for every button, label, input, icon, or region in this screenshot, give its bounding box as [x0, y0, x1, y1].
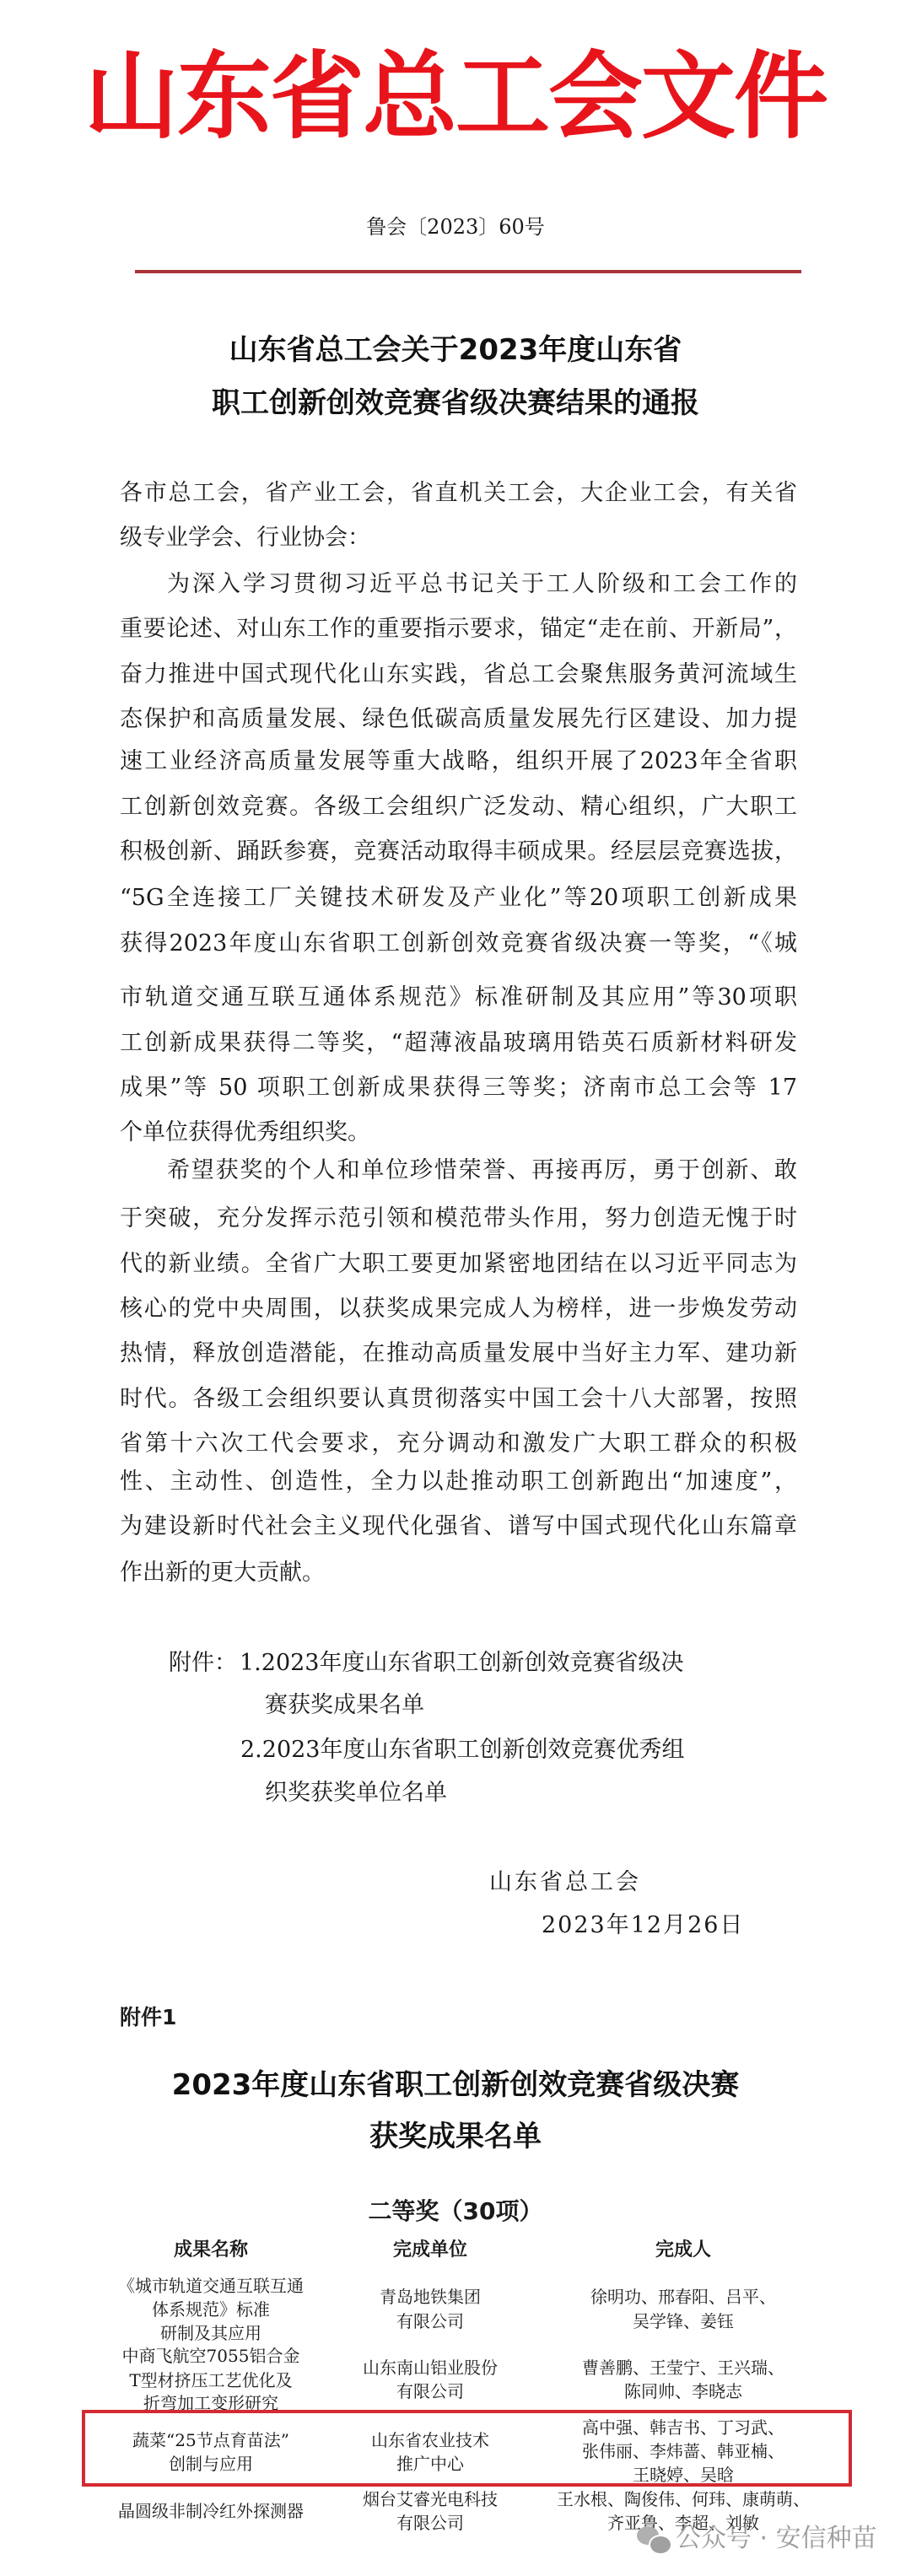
paragraph-line: 工创新成果获得二等奖，“超薄液晶玻璃用锆英石质新材料研发: [120, 1029, 797, 1058]
document-red-header: 山东省总工会文件: [0, 34, 911, 160]
attachment-item-2-cont: 织奖获奖单位名单: [265, 1779, 447, 1808]
cell-name: 中商飞航空7055铝合金: [101, 2344, 321, 2368]
cell-unit: 烟台艾睿光电科技: [342, 2487, 519, 2511]
cell-people: 曹善鹏、王莹宁、王兴瑞、: [540, 2356, 827, 2379]
paragraph-line: 省第十六次工代会要求，充分调动和激发广大职工群众的积极: [120, 1430, 797, 1458]
wechat-icon: [637, 2525, 671, 2553]
cell-name: 《城市轨道交通互联互通: [101, 2274, 321, 2298]
paragraph-line: 希望获奖的个人和单位珍惜荣誉、再接再厉，勇于创新、敢: [167, 1156, 797, 1185]
paragraph-line: 速工业经济高质量发展等重大战略，组织开展了2023年全省职: [120, 747, 797, 776]
paragraph-line: 于突破，充分发挥示范引领和模范带头作用，努力创造无愧于时: [120, 1204, 797, 1233]
annex-label: 附件1: [120, 2004, 176, 2031]
paragraph-line: 市轨道交通互联互通体系规范》标准研制及其应用”等30项职: [120, 984, 797, 1012]
column-header-name: 成果名称: [101, 2239, 321, 2262]
paragraph-line: 成果”等 50 项职工创新成果获得三等奖；济南市总工会等 17: [120, 1074, 797, 1102]
paragraph-line: 代的新业绩。全省广大职工要更加紧密地团结在以习近平同志为: [120, 1250, 797, 1279]
paragraph-line: 态保护和高质量发展、绿色低碳高质量发展先行区建设、加力提: [120, 705, 797, 734]
cell-people: 王水根、陶俊伟、何玮、康萌萌、: [540, 2487, 827, 2511]
signature-organization: 山东省总工会: [489, 1868, 641, 1897]
cell-people: 徐明功、邢春阳、吕平、: [540, 2285, 827, 2309]
signature-date: 2023年12月26日: [542, 1911, 744, 1940]
cell-name: 晶圆级非制冷红外探测器: [101, 2499, 321, 2523]
attachment-item-1: 1.2023年度山东省职工创新创效竞赛省级决: [240, 1649, 683, 1678]
red-divider-rule: [135, 270, 801, 273]
cell-unit: 有限公司: [342, 2511, 519, 2535]
annex-title-line-1: 2023年度山东省职工创新创效竞赛省级决赛: [0, 2067, 911, 2104]
watermark-text: 公众号 · 安信种苗: [676, 2520, 877, 2557]
red-highlight-box: [82, 2410, 852, 2487]
paragraph-line: 为深入学习贯彻习近平总书记关于工人阶级和工会工作的: [167, 570, 797, 599]
cell-unit: 青岛地铁集团: [342, 2285, 519, 2309]
cell-unit: 有限公司: [342, 2309, 519, 2333]
cell-people: 陈同帅、李晓志: [540, 2379, 827, 2403]
attachments-label: 附件：: [169, 1649, 237, 1678]
paragraph-line: 个单位获得优秀组织奖。: [120, 1118, 797, 1147]
paragraph-line: 为建设新时代社会主义现代化强省、谱写中国式现代化山东篇章: [120, 1512, 797, 1541]
paragraph-line: 性、主动性、创造性，全力以赴推动职工创新跑出“加速度”，: [120, 1468, 797, 1496]
addressee-line: 各市总工会，省产业工会，省直机关工会，大企业工会，有关省: [120, 479, 797, 508]
cell-name: 体系规范》标准: [101, 2298, 321, 2321]
paragraph-line: 时代。各级工会组织要认真贯彻落实中国工会十八大部署，按照: [120, 1385, 797, 1414]
document-number: 鲁会〔2023〕60号: [0, 214, 911, 240]
notice-title-line-2: 职工创新创效竞赛省级决赛结果的通报: [0, 385, 911, 422]
paragraph-line: 作出新的更大贡献。: [120, 1559, 797, 1587]
watermark: 公众号 · 安信种苗: [637, 2520, 877, 2557]
annex-title-line-2: 获奖成果名单: [0, 2118, 911, 2155]
paragraph-line: 重要论述、对山东工作的重要指示要求，锚定“走在前、开新局”，: [120, 615, 797, 644]
addressee-line: 级专业学会、行业协会：: [120, 524, 797, 552]
cell-people: 吴学锋、姜钰: [540, 2309, 827, 2333]
attachment-item-1-cont: 赛获奖成果名单: [265, 1691, 424, 1720]
cell-name: 研制及其应用: [101, 2321, 321, 2345]
paragraph-line: 核心的党中央周围，以获奖成果完成人为榜样，进一步焕发劳动: [120, 1295, 797, 1323]
notice-title-line-1: 山东省总工会关于2023年度山东省: [0, 331, 911, 369]
cell-unit: 山东南山铝业股份: [342, 2356, 519, 2379]
paragraph-line: 工创新创效竞赛。各级工会组织广泛发动、精心组织，广大职工: [120, 793, 797, 822]
paragraph-line: 获得2023年度山东省职工创新创效竞赛省级决赛一等奖，“《城: [120, 930, 797, 958]
column-header-unit: 完成单位: [342, 2239, 519, 2262]
paragraph-line: 热情，释放创造潜能，在推动高质量发展中当好主力军、建功新: [120, 1339, 797, 1368]
paragraph-line: 积极创新、踊跃参赛，竞赛活动取得丰硕成果。经层层竞赛选拔，: [120, 838, 797, 866]
column-header-people: 完成人: [540, 2239, 827, 2262]
paragraph-line: 奋力推进中国式现代化山东实践，省总工会聚焦服务黄河流域生: [120, 660, 797, 689]
cell-name: T型材挤压工艺优化及: [101, 2369, 321, 2392]
cell-name: 折弯加工变形研究: [101, 2391, 321, 2410]
paragraph-line: “5G全连接工厂关键技术研发及产业化”等20项职工创新成果: [120, 884, 797, 913]
cell-unit: 有限公司: [342, 2379, 519, 2403]
attachment-item-2: 2.2023年度山东省职工创新创效竞赛优秀组: [240, 1736, 684, 1765]
prize-heading: 二等奖（30项）: [0, 2196, 911, 2227]
